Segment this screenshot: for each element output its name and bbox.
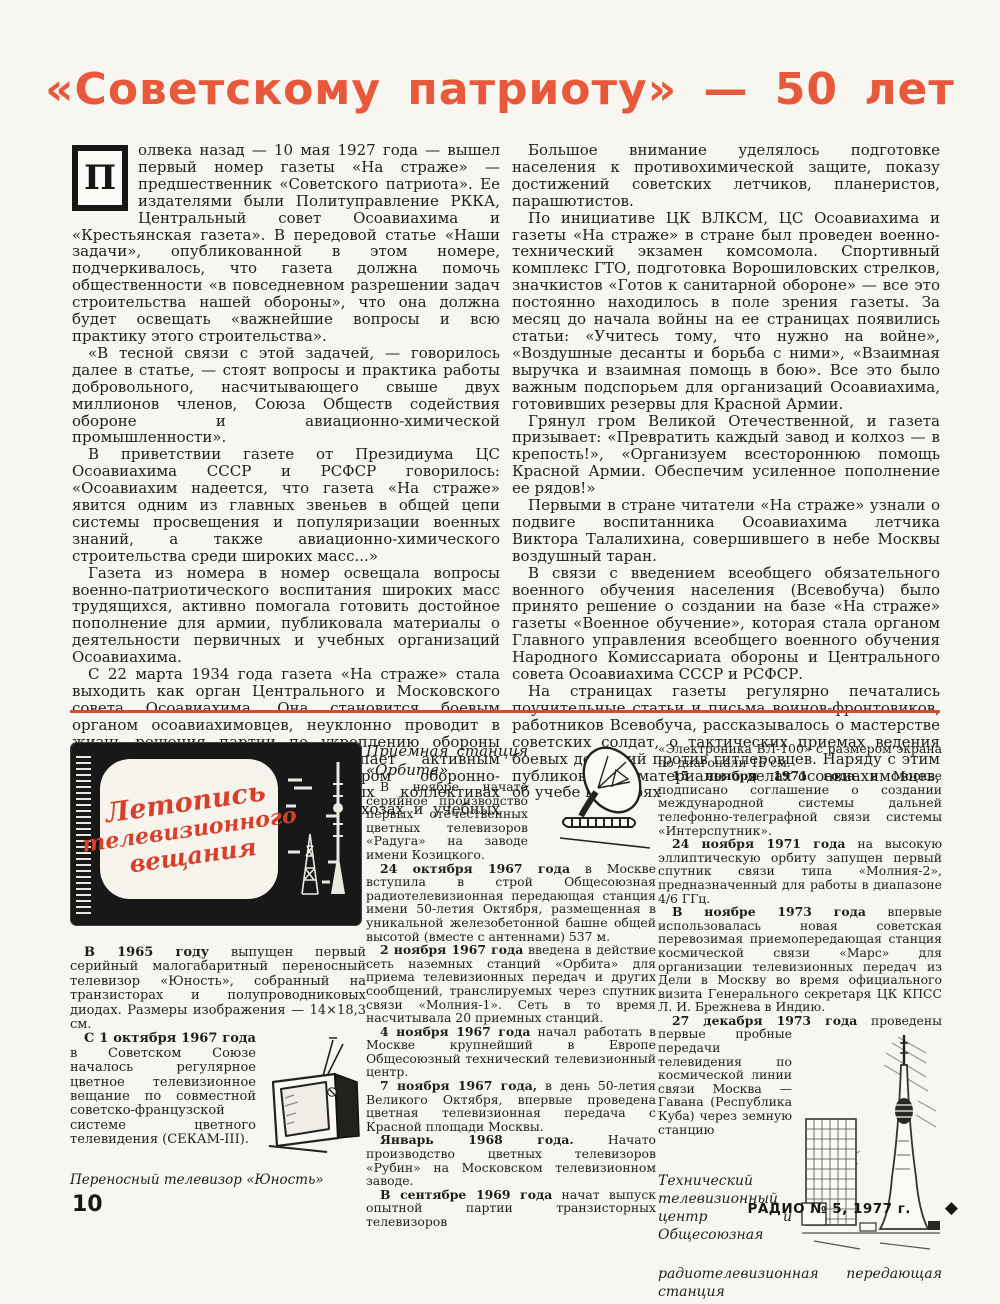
article-paragraph: В связи с введением всеобщего обязательн… [512, 565, 940, 683]
tv-towers-icon [286, 754, 356, 910]
chronicle-logo-text: Летопись телевизионного вещания [76, 773, 302, 884]
dropcap-box: П [72, 145, 128, 211]
chronicle-item: В сентябре 1969 года начат выпуск опытно… [366, 1188, 656, 1229]
article-paragraph: Большое внимание уделялось подготовке на… [512, 142, 940, 210]
tv-screen: Летопись телевизионного вещания [100, 759, 278, 899]
chronicle-item: 15 ноября 1971 года в Москве подписано с… [658, 769, 942, 837]
chronicle-item-date: В 1965 году [84, 945, 209, 960]
chronicle-item: 24 ноября 1971 года на высокую эллиптиче… [658, 837, 942, 905]
magazine-page: «Советскому патриоту» — 50 лет П олвека … [0, 0, 1000, 1304]
tv-tower-illustration [800, 1031, 942, 1265]
chronicle-item: 24 октября 1967 года в Москве вступила в… [366, 862, 656, 944]
footer: РАДИО № 5, 1977 г. ◆ [747, 1200, 958, 1217]
chronicle-item-text: в Советском Союзе началось регулярное цв… [70, 1046, 256, 1147]
chronicle-item-text: В ноябре начато серийное производство пе… [366, 779, 528, 862]
page-number: 10 [72, 1192, 103, 1217]
article-paragraph: Газета из номера в номер освещала вопрос… [72, 565, 500, 666]
chronicle-item: 2 ноября 1967 года введена в действие се… [366, 943, 656, 1025]
chronicle-item: 4 ноября 1967 года начал работать в Моск… [366, 1025, 656, 1079]
article-paragraph-text: олвека назад — 10 мая 1927 года — вышел … [72, 141, 500, 345]
article-column-left: П олвека назад — 10 мая 1927 года — выше… [72, 142, 500, 835]
article-paragraph: Первыми в стране читатели «На страже» уз… [512, 497, 940, 565]
dropcap-letter: П [84, 161, 116, 195]
diamond-icon: ◆ [945, 1200, 958, 1217]
chronicle-item-text: впервые использовалась новая советская п… [658, 904, 942, 1014]
article-column-right: Большое внимание уделялось подготовке на… [512, 142, 940, 801]
chronicle-item: В 1965 году выпущен первый серийный мало… [70, 946, 366, 1032]
article-paragraph: По инициативе ЦК ВЛКСМ, ЦС Осоавиахима и… [512, 210, 940, 413]
chronicle-item: «Электроника ВЛ-100» с размером экрана п… [658, 742, 942, 769]
chronicle-item: Январь 1968 года. Начато производство цв… [366, 1133, 656, 1187]
chronicle-item-text: «Электроника ВЛ-100» с размером экрана п… [658, 741, 942, 770]
chronicle-item: С 1 октября 1967 года в Советском Союзе … [70, 1032, 366, 1147]
journal-issue-label: РАДИО № 5, 1977 г. [747, 1201, 910, 1217]
page-title: «Советскому патриоту» — 50 лет [0, 64, 1000, 115]
section-divider [70, 710, 940, 713]
article-paragraph: Грянул гром Великой Отечественной, и газ… [512, 413, 940, 498]
satellite-dish-illustration [536, 742, 656, 854]
chronicle-item: 7 ноября 1967 года, в день 50-летия Вели… [366, 1079, 656, 1133]
article-paragraph: П олвека назад — 10 мая 1927 года — выше… [72, 142, 500, 345]
portable-tv-caption: Переносный телевизор «Юность» [70, 1172, 366, 1189]
chronicle-column-middle: Приемная станция «Орбита» В ноябре начат… [366, 742, 656, 1229]
chronicle-column-left: В 1965 году выпущен первый серийный мало… [70, 946, 366, 1189]
tv-chronicle-illustration: Летопись телевизионного вещания [70, 742, 362, 926]
article-paragraph: «В тесной связи с этой задачей, — говори… [72, 345, 500, 446]
orbita-station-heading: Приемная станция «Орбита» [366, 742, 541, 780]
article-paragraph: В приветствии газете от Президиума ЦС Ос… [72, 446, 500, 564]
chronicle-item: 27 декабря 1973 года проведены первы [658, 1014, 942, 1136]
chronicle-item-date: С 1 октября 1967 года [84, 1031, 256, 1046]
chronicle-column-right: «Электроника ВЛ-100» с размером экрана п… [658, 742, 942, 1301]
portable-tv-illustration [264, 1036, 366, 1154]
chronicle-item: В ноябре 1973 года впервые использовалас… [658, 905, 942, 1014]
